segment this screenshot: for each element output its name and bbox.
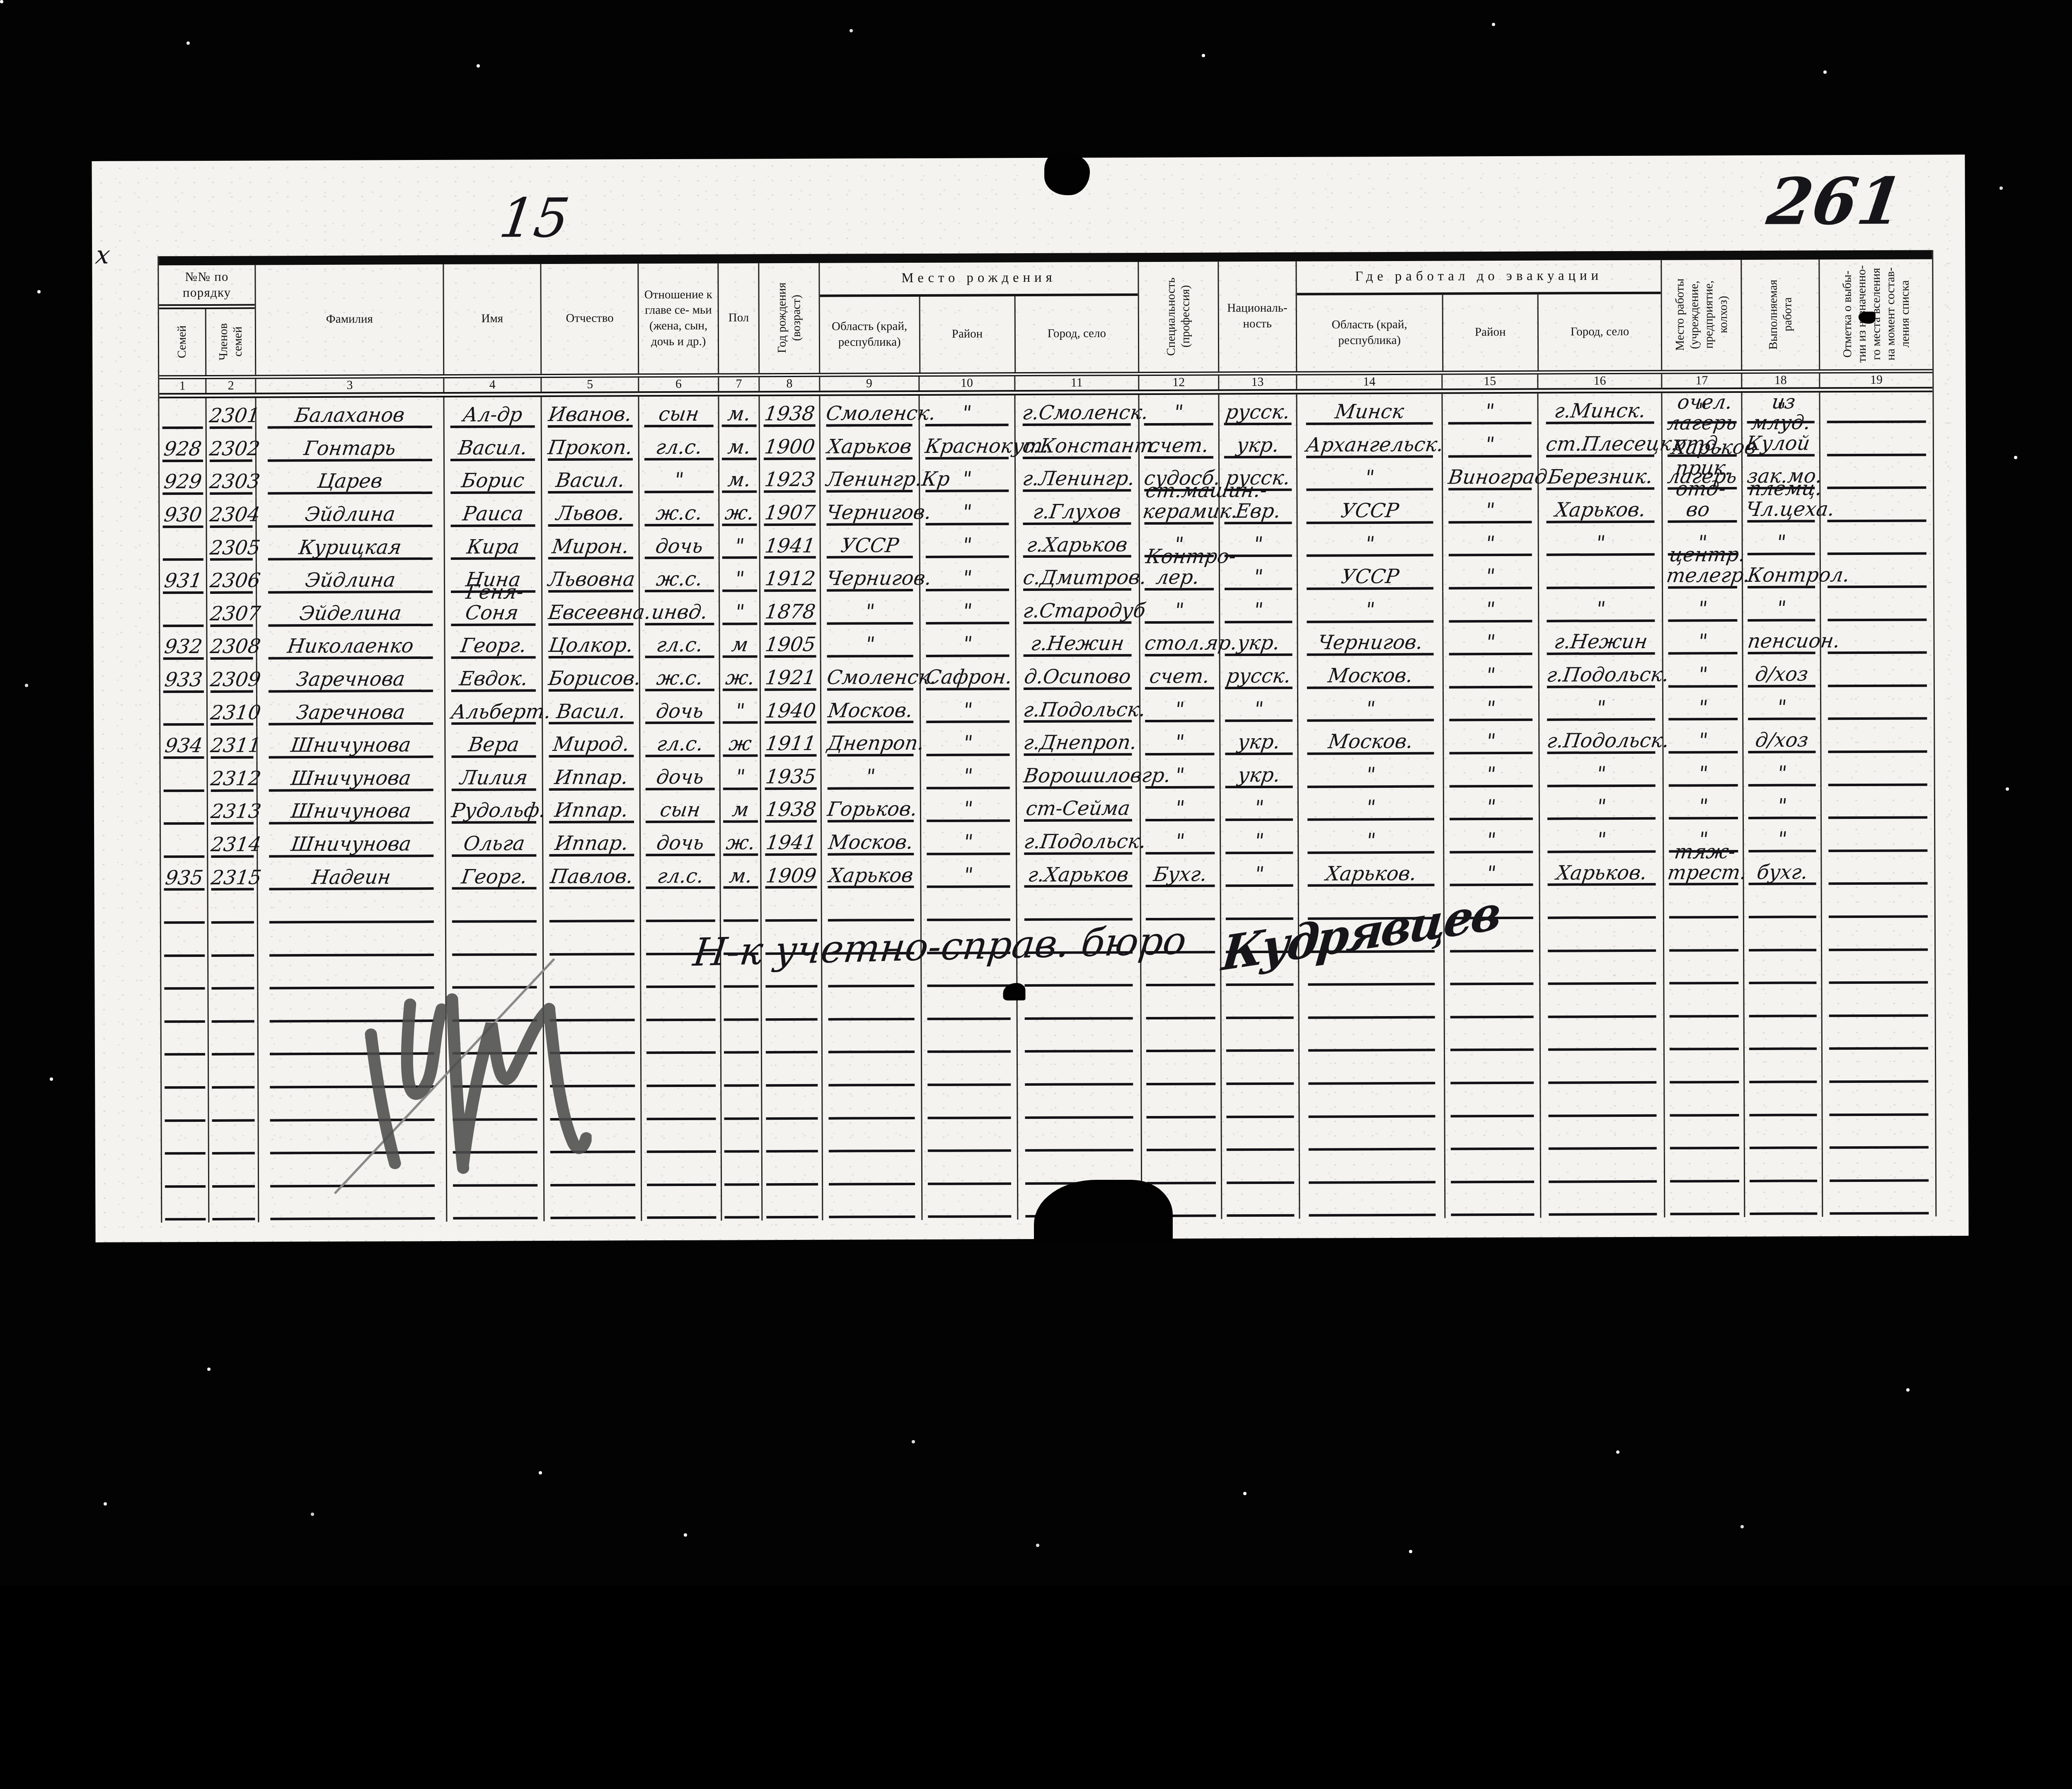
cell-text: " <box>1305 533 1435 554</box>
cell-text <box>1146 1015 1215 1015</box>
cell-text <box>927 1049 1011 1049</box>
cell: м <box>719 792 760 825</box>
cell-text <box>1669 914 1738 915</box>
cell-text: 934 <box>162 736 206 756</box>
cell-text: Шничунова <box>268 801 435 822</box>
cell-rule: Харьков <box>826 436 913 460</box>
cell-rule: центр. телегр. <box>1668 545 1737 588</box>
cell: " <box>1138 395 1218 428</box>
cell-text: 931 <box>161 571 205 591</box>
cell: дочь <box>640 825 720 858</box>
cell-rule: Москов. <box>1307 731 1434 755</box>
cell-text: Альберт. <box>450 702 537 723</box>
cell: тяж- трест. <box>1663 855 1743 888</box>
cell-rule: " <box>723 701 758 724</box>
cell-text: 928 <box>161 439 204 460</box>
cell-text: укр. <box>1222 435 1293 456</box>
cell <box>1220 1021 1298 1054</box>
cell-text: 2301 <box>208 406 254 426</box>
cell-rule <box>647 1215 716 1219</box>
cell: Шничунова <box>257 826 445 859</box>
cell: г.Подольск. <box>1016 823 1140 857</box>
table-row: 9352315НадеинГеорг.Павлов.гл.с.м.1909Хар… <box>161 854 1934 893</box>
cell-text: " <box>1667 664 1739 685</box>
cell-rule <box>1548 1112 1656 1117</box>
cell-text: " <box>1144 831 1216 852</box>
cell: г.Подольск. <box>1538 657 1662 690</box>
cell: Рудольф. <box>445 793 542 826</box>
cell-text: 2309 <box>209 670 255 690</box>
cell-text <box>1828 518 1926 518</box>
cell-text <box>927 1016 1011 1016</box>
cell-text: г.Глухов <box>1021 501 1133 523</box>
cell <box>1539 1118 1664 1152</box>
cell-text: Заречнова <box>267 702 434 723</box>
cell-text: Васил. <box>449 438 536 459</box>
cell-rule <box>766 1181 818 1186</box>
cell-rule: " <box>1145 732 1215 755</box>
cell-rule: Березник. <box>1546 467 1654 490</box>
cell-rule: " <box>1748 829 1816 852</box>
cell-rule <box>1829 980 1928 984</box>
cell-text <box>1308 1014 1435 1014</box>
cell-rule <box>927 1049 1011 1053</box>
cell: 1940 <box>760 693 820 726</box>
cell-text: Контро- лер. <box>1142 547 1217 588</box>
cell <box>1444 1185 1540 1218</box>
cell: " <box>1297 592 1442 625</box>
cell-rule: дочь <box>646 833 715 856</box>
cell: дочь <box>639 528 719 562</box>
cell <box>208 1058 257 1091</box>
cell: " <box>1219 691 1297 724</box>
cell-text <box>1309 1179 1435 1179</box>
cell <box>1821 986 1935 1019</box>
cell-rule: Васил. <box>450 438 535 461</box>
cell: " <box>1538 690 1663 724</box>
cell-rule <box>828 983 914 988</box>
cell-rule <box>1147 1114 1216 1118</box>
cell-text: " <box>1545 697 1656 719</box>
cell-text: с.Констант. <box>1021 436 1133 457</box>
cell-rule <box>1309 1212 1435 1217</box>
cell: Шничунова <box>256 727 444 760</box>
cell: " <box>919 560 1014 593</box>
cell-rule: Балаханов <box>268 405 432 428</box>
cell-rule: Москов. <box>1307 666 1433 689</box>
cell: " <box>719 528 760 561</box>
cell-text: Шничунова <box>268 834 435 855</box>
cell-rule: Москов. <box>828 832 914 856</box>
cell-text <box>1147 1114 1216 1114</box>
column-header-label: Националь- ность <box>1222 300 1293 332</box>
cell-rule <box>724 1017 758 1021</box>
cell-rule: Павлов. <box>549 866 634 890</box>
table-row: 2305КурицкаяКираМирон.дочь"1941УССР"г.Ха… <box>160 524 1933 563</box>
cell-rule: д/хоз <box>1748 664 1815 687</box>
cell-text: Евсеевна. <box>547 602 634 623</box>
cell-rule <box>1670 1112 1739 1117</box>
cell-text <box>828 1049 915 1049</box>
cell <box>1540 1152 1664 1185</box>
cell: дочь <box>639 759 719 792</box>
cell-text <box>829 1181 915 1181</box>
cell-text <box>1025 1048 1133 1049</box>
table-row: 2312ШничуноваЛилияИппар.дочь"1935""Ворош… <box>161 755 1934 794</box>
cell: г.Нежин <box>1015 626 1139 659</box>
cell: Москов. <box>821 824 920 857</box>
cell-rule <box>212 985 254 990</box>
cell: " <box>1219 592 1297 625</box>
cell-rule <box>1548 1080 1656 1084</box>
cell <box>821 1022 921 1055</box>
cell-text <box>647 1215 716 1215</box>
cell-rule <box>765 983 817 988</box>
cell <box>1819 458 1933 491</box>
cell-rule: д.Осипово <box>1024 666 1132 690</box>
cell-rule <box>724 1050 759 1054</box>
cell-text: " <box>1747 796 1817 817</box>
table-row: 9312306ЭйдлинаНинаЛьвовнаж.с."1912Черниг… <box>160 557 1933 596</box>
cell: Борис <box>443 463 541 496</box>
cell: укр. <box>1219 724 1297 757</box>
cell-text: Курицкая <box>267 537 434 558</box>
cell-text <box>1450 1047 1534 1047</box>
cell-text <box>829 1214 915 1214</box>
cell-rule: 1941 <box>765 833 817 856</box>
cell <box>162 1190 208 1223</box>
cell-rule <box>1547 585 1655 589</box>
cell-text: " <box>1448 665 1534 686</box>
cell <box>208 1091 258 1124</box>
cell: Сафрон. <box>919 659 1015 692</box>
cell-text: " <box>1448 797 1535 818</box>
cell <box>1821 887 1934 920</box>
column-number: 19 <box>1819 373 1932 387</box>
cell-text <box>1549 1211 1657 1212</box>
cell-rule <box>1828 551 1926 555</box>
cell-text <box>928 1181 1011 1181</box>
cell-rule <box>1548 1145 1656 1150</box>
cell-rule: Бухг. <box>1146 864 1215 887</box>
header-unit: Фамилия <box>255 264 443 375</box>
cell-rule: м. <box>723 866 758 889</box>
cell <box>641 1188 721 1221</box>
cell-rule: 935 <box>164 868 204 891</box>
cell-text: ж.с. <box>643 569 715 590</box>
cell: ж. <box>719 660 760 693</box>
cell-text <box>1829 1012 1928 1013</box>
cell-rule: Контрол. <box>1748 565 1815 588</box>
cell-rule <box>928 1214 1012 1218</box>
column-header-label: Выполняемая работа <box>1766 263 1795 366</box>
cell-text <box>1309 1212 1435 1213</box>
cell: 931 <box>160 563 206 596</box>
cell-text: " <box>721 569 758 590</box>
cell-text <box>1827 452 1926 452</box>
cell <box>1539 888 1663 921</box>
cell-rule <box>1827 452 1926 456</box>
cell-text: 1909 <box>764 865 818 886</box>
cell-text: " <box>1306 797 1435 818</box>
cell <box>1298 1053 1444 1087</box>
cell-rule <box>1025 1114 1133 1119</box>
cell-rule <box>829 1181 915 1186</box>
cell-text <box>828 917 914 917</box>
cell-rule: Минск <box>1306 402 1433 425</box>
cell-rule <box>1669 1013 1738 1018</box>
cell-text: Цолкор. <box>547 635 634 656</box>
cell-text: Лилия <box>450 767 537 789</box>
cell: " <box>638 462 718 495</box>
cell-text <box>1309 1146 1435 1147</box>
cell: " <box>1443 822 1539 855</box>
cell <box>761 1055 821 1089</box>
cell: " <box>1442 558 1538 591</box>
cell-rule: д/хоз <box>1748 730 1815 753</box>
cell-rule: Прокоп. <box>548 437 633 461</box>
cell-rule <box>1025 1147 1133 1152</box>
cell-rule: ж.с. <box>645 668 714 691</box>
cell-rule: " <box>1748 796 1816 819</box>
cell-text: " <box>1223 699 1294 719</box>
cell-rule: Альберт. <box>451 702 536 725</box>
cell-rule: 2305 <box>210 537 253 561</box>
cell-rule: Днепроп. <box>827 733 913 757</box>
cell-rule: г.Днепроп. <box>1024 732 1132 756</box>
cell <box>1819 392 1933 426</box>
cell-rule: Ольга <box>452 833 537 857</box>
cell-rule <box>1548 980 1656 985</box>
cell-text: " <box>1448 698 1534 719</box>
column-number: 4 <box>443 378 540 392</box>
column-header: Выполняемая работа <box>1742 259 1819 370</box>
cell-text: Евр. <box>1223 501 1293 522</box>
cell: Гонтарь <box>255 430 443 464</box>
cell-rule: 2309 <box>211 670 253 693</box>
cell-rule <box>927 1016 1011 1020</box>
cell-text: " <box>721 701 759 721</box>
cell-rule: Львов. <box>548 503 633 527</box>
cell-rule <box>212 1150 255 1155</box>
cell-text: Шничунова <box>267 735 434 756</box>
cell-text: ж. <box>721 668 759 688</box>
cell-text: Бухг. <box>1145 864 1217 885</box>
cell-text: " <box>1447 599 1534 620</box>
cell-text: " <box>1144 798 1216 819</box>
cell-text: Москов. <box>1306 731 1435 753</box>
cell-text <box>1828 716 1927 716</box>
column-header-label: Отношение к главе се- мьи (жена, сын, до… <box>642 287 714 349</box>
cell-text: Минск <box>1305 402 1434 423</box>
cell-rule <box>1670 1211 1739 1215</box>
cell: ж. <box>719 825 760 858</box>
cell: 928 <box>160 431 206 464</box>
cell <box>640 1023 720 1056</box>
cell-rule <box>1830 1145 1928 1149</box>
cell: Чернигов. <box>820 560 919 593</box>
cell-text <box>1547 915 1656 915</box>
cell-rule <box>1451 1179 1534 1184</box>
cell: Прокоп. <box>541 429 639 462</box>
cell-text: Харьков. <box>1545 500 1656 521</box>
cell-rule: Смоленск. <box>827 667 913 691</box>
cell-text: инвд. <box>644 602 716 623</box>
cell: Москов. <box>820 692 920 726</box>
cell-rule: " <box>1225 699 1293 722</box>
cell-text: г.Подольск. <box>1022 700 1133 721</box>
cell-rule: 2312 <box>211 768 254 792</box>
cell-rule: Вера <box>451 734 536 758</box>
cell-text: Днепроп. <box>826 733 915 754</box>
column-number: 7 <box>718 377 759 391</box>
cell-text <box>1749 1013 1817 1013</box>
cell-rule: бухг. <box>1748 862 1816 885</box>
cell-text: Харьков <box>826 865 915 886</box>
cell <box>160 398 206 431</box>
cell <box>640 990 720 1023</box>
cell-text: Ленингр.Кр <box>825 469 914 490</box>
cell-rule <box>1450 1047 1534 1051</box>
cell-rule <box>213 1183 255 1187</box>
cell-text: Львов. <box>547 503 634 524</box>
cell-text: " <box>1144 732 1216 753</box>
table-row: 9332309ЗаречноваЕвдок.Борисов.ж.с.ж.1921… <box>160 656 1934 695</box>
cell-text <box>646 918 715 918</box>
cell <box>921 1154 1017 1187</box>
cell <box>1743 1085 1822 1118</box>
cell-text: гл.с. <box>644 635 716 656</box>
cell-text <box>1670 1145 1739 1145</box>
column-header-label: Семей <box>175 326 189 358</box>
cell <box>1141 1120 1221 1153</box>
cell-rule: 1878 <box>764 602 816 625</box>
cell: 1921 <box>760 660 820 693</box>
cell-text: " <box>925 568 1011 589</box>
cell-rule: " <box>927 865 1010 888</box>
cell-rule <box>646 984 715 988</box>
cell-rule: пенсион. <box>1748 631 1815 654</box>
cell-text: " <box>1224 831 1295 852</box>
column-header: Пол <box>719 263 758 373</box>
cell-rule <box>1750 1211 1817 1215</box>
cell-rule: " <box>1225 567 1292 590</box>
cell-rule: 1921 <box>765 668 817 691</box>
cell-rule <box>1308 981 1435 986</box>
cell: м. <box>718 462 759 495</box>
cell-text <box>1146 982 1215 983</box>
cell: гл.с. <box>640 858 720 891</box>
cell-rule <box>646 1050 716 1054</box>
cell-rule: " <box>1145 600 1214 623</box>
cell-rule: Геня-Соня <box>451 582 536 626</box>
cell <box>1743 1019 1822 1052</box>
cell <box>160 596 206 629</box>
cell-text: Березник. <box>1544 467 1656 488</box>
cell: г.Харьков <box>1014 527 1139 560</box>
cell-text: счет. <box>1143 435 1215 456</box>
cell: Васил. <box>443 430 541 463</box>
cell-text <box>646 1050 716 1050</box>
cell-text <box>1670 1112 1739 1113</box>
cell-text: " <box>1223 567 1293 588</box>
cell: Ал-др <box>443 397 541 430</box>
cell <box>921 1121 1017 1154</box>
cell-text: д/хоз <box>1746 664 1817 685</box>
cell-text: укр. <box>1223 633 1294 654</box>
cell-text: Иппар. <box>547 767 635 788</box>
cell-rule <box>1451 1146 1534 1150</box>
cell-rule <box>1226 1048 1294 1052</box>
cell-text: с.Дмитров. <box>1022 567 1133 588</box>
cell: 2315 <box>207 859 257 893</box>
header-unit: Где работал до эвакуацииОбласть (край, р… <box>1295 260 1661 371</box>
cell <box>1821 920 1934 953</box>
cell-text <box>1025 1147 1133 1147</box>
cell <box>1539 954 1663 987</box>
cell-rule <box>212 1051 254 1055</box>
cell-rule <box>1829 1012 1928 1017</box>
cell-text <box>927 1082 1011 1082</box>
cell-text <box>829 1148 915 1148</box>
cell-rule: 1938 <box>765 799 817 823</box>
cell <box>821 890 920 923</box>
cell-rule: " <box>827 634 913 658</box>
cell-rule <box>1547 915 1656 919</box>
cell: Горьков. <box>821 792 920 825</box>
cell: " <box>1297 789 1443 823</box>
column-number: 18 <box>1741 373 1819 387</box>
cell: бухг. <box>1743 854 1821 887</box>
cell-text: 1935 <box>763 767 818 787</box>
cell: " <box>1219 790 1297 823</box>
cell-rule <box>164 821 204 825</box>
cell-rule: " <box>927 832 1010 855</box>
cell-text: " <box>1447 533 1534 554</box>
cell-text <box>647 1181 716 1182</box>
cell-text <box>1828 683 1927 683</box>
cell-rule: " <box>1225 831 1293 854</box>
cell-rule <box>1829 914 1927 918</box>
cell-text: м. <box>720 470 758 491</box>
cell: г.Ленингр. <box>1014 461 1139 494</box>
cell: ж.с. <box>639 660 719 693</box>
cell-text: " <box>825 601 915 622</box>
cell <box>162 1025 208 1058</box>
cell <box>1743 986 1821 1019</box>
cell <box>1663 920 1743 954</box>
cell-text: Смоленск. <box>825 403 914 424</box>
cell: 2313 <box>207 794 257 827</box>
cell-text: 1905 <box>763 634 818 655</box>
cell: Кира <box>443 529 541 562</box>
cell: пенсион. <box>1742 623 1820 656</box>
cell-text: Гонтарь <box>266 438 433 459</box>
cell-text <box>928 1115 1011 1115</box>
cell-rule <box>1750 1145 1817 1150</box>
cell <box>161 827 207 860</box>
cell <box>1539 1053 1664 1086</box>
cell-text: " <box>1546 764 1657 785</box>
column-header-label: Город, село <box>1048 326 1106 342</box>
cell: гл.с. <box>638 429 718 462</box>
cell-text <box>1308 981 1435 982</box>
cell: Заречнова <box>256 661 444 695</box>
cell: УССР <box>1297 559 1442 592</box>
cell-text <box>1549 1179 1657 1179</box>
cell: 2311 <box>207 728 257 761</box>
cell-rule: Горьков. <box>828 799 914 823</box>
